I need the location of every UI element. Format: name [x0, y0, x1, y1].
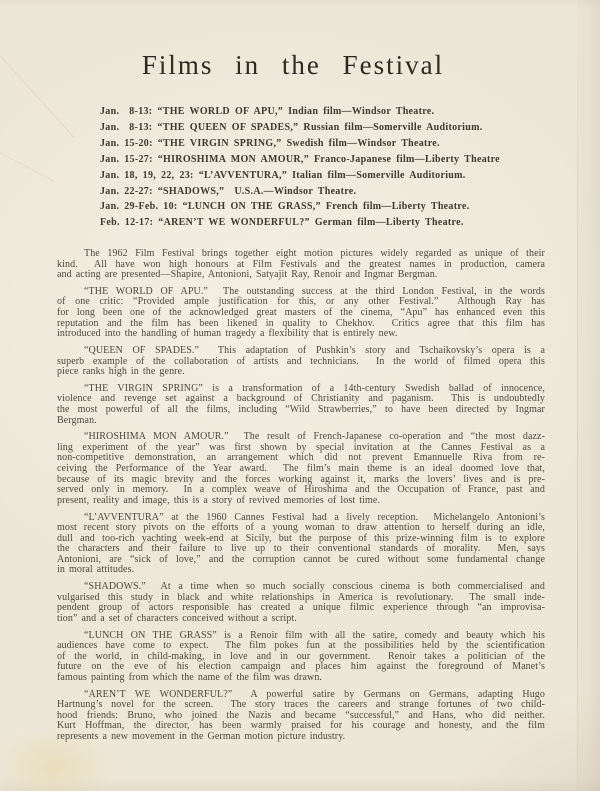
- text-line: famous painting from which the name of t…: [57, 673, 545, 684]
- schedule-line: Jan. 15-20: “THE VIRGIN SPRING,” Swedish…: [100, 136, 500, 152]
- film-paragraph: “LUNCH ON THE GRASS” is a Renoir film wi…: [57, 631, 545, 684]
- schedule-line: Jan. 22-27: “SHADOWS,” U.S.A.—Windsor Th…: [100, 184, 500, 200]
- page-fold-line: [577, 0, 578, 791]
- film-paragraph: “THE VIRGIN SPRING” is a transformation …: [57, 384, 545, 426]
- schedule-line: Jan. 15-27: “HIROSHIMA MON AMOUR,” Franc…: [100, 152, 500, 168]
- text-line: represents a new movement in the German …: [57, 732, 545, 743]
- film-paragraph: The 1962 Film Festival brings together e…: [57, 249, 545, 281]
- film-paragraph: “QUEEN OF SPADES.” This adaptation of Pu…: [57, 346, 545, 378]
- page-title: Films in the Festival: [0, 50, 586, 81]
- text-line: piece ranks high in the genre.: [57, 367, 545, 378]
- schedule-line: Feb. 12-17: “AREN’T WE WONDERFUL?” Germa…: [100, 215, 500, 231]
- paper-crease: [0, 139, 55, 182]
- text-line: tion” and a set of characters conceived …: [57, 614, 545, 625]
- text-line: The 1962 Film Festival brings together e…: [57, 249, 545, 260]
- text-line: for long been one of the acknowledged gr…: [57, 308, 545, 319]
- schedule-line: Jan. 29-Feb. 10: “LUNCH ON THE GRASS,” F…: [100, 199, 500, 215]
- film-paragraph: “AREN’T WE WONDERFUL?” A powerful satire…: [57, 690, 545, 743]
- text-line: ceiving the Performance of the Year awar…: [57, 464, 545, 475]
- text-line: in moral attitudes.: [57, 565, 545, 576]
- screening-schedule-list: Jan. 8-13: “THE WORLD OF APU,” Indian fi…: [100, 104, 500, 231]
- schedule-line: Jan. 8-13: “THE WORLD OF APU,” Indian fi…: [100, 104, 500, 120]
- film-descriptions: The 1962 Film Festival brings together e…: [57, 249, 545, 749]
- page-edge-strip: [578, 0, 600, 791]
- text-line: Bergman.: [57, 416, 545, 427]
- film-paragraph: “HIROSHIMA MON AMOUR.” The result of Fre…: [57, 432, 545, 506]
- schedule-line: Jan. 8-13: “THE QUEEN OF SPADES,” Russia…: [100, 120, 500, 136]
- text-line: present, reality and image, this is a st…: [57, 496, 545, 507]
- text-line: and acting are presented—Shapire, Antoni…: [57, 270, 545, 281]
- text-line: introduced into the handling of human tr…: [57, 329, 545, 340]
- schedule-line: Jan. 18, 19, 22, 23: “L’AVVENTURA,” Ital…: [100, 168, 500, 184]
- film-paragraph: “SHADOWS.” At a time when so much social…: [57, 582, 545, 624]
- text-line: the most powerful of all the films, incl…: [57, 405, 545, 416]
- film-paragraph: “L’AVVENTURA” at the 1960 Cannes Festiva…: [57, 513, 545, 576]
- festival-program-page: Films in the Festival Jan. 8-13: “THE WO…: [0, 0, 600, 791]
- text-line: “QUEEN OF SPADES.” This adaptation of Pu…: [57, 346, 545, 357]
- film-paragraph: “THE WORLD OF APU.” The outstanding succ…: [57, 287, 545, 340]
